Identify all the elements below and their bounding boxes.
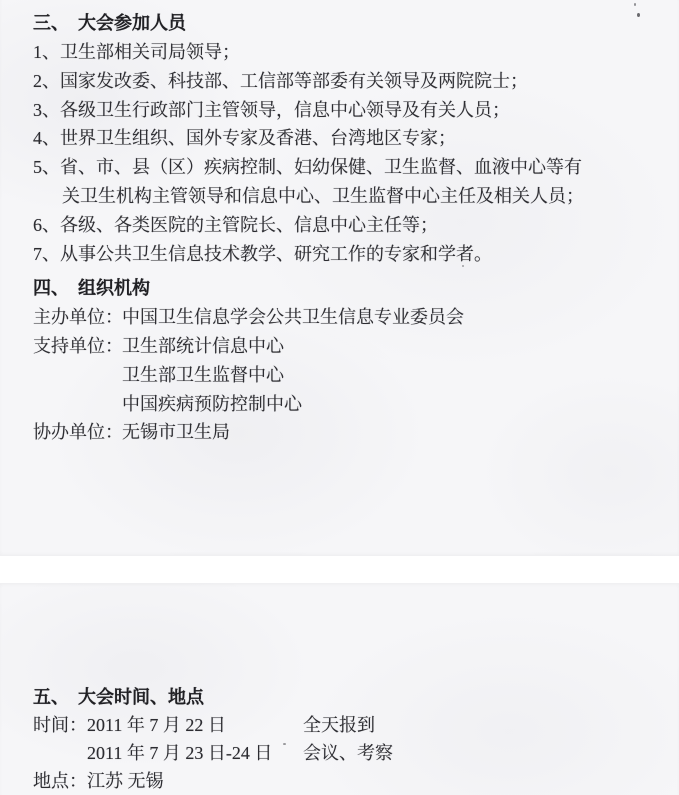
time-row-label: 时间： xyxy=(33,711,87,739)
section-5-number: 五、 xyxy=(33,683,78,711)
scanned-page-2: 五、 大会时间、地点 时间： 2011 年 7 月 22 日 全天报到 2011… xyxy=(0,583,679,795)
list-item: 5、 省、市、县（区）疾病控制、妇幼保健、卫生监督、血液中心等有 xyxy=(33,153,665,182)
org-row-label xyxy=(33,361,122,390)
org-row: 协办单位： 无锡市卫生局 xyxy=(33,418,665,447)
list-item-text: 国家发改委、科技部、工信部等部委有关领导及两院院士； xyxy=(60,67,528,96)
org-row-value: 卫生部卫生监督中心 xyxy=(122,361,284,390)
org-row-label: 协办单位： xyxy=(33,418,122,447)
list-item: 4、 世界卫生组织、国外专家及香港、台湾地区专家； xyxy=(33,124,665,153)
list-item-number: 4、 xyxy=(33,124,60,153)
list-item: 1、 卫生部相关司局领导； xyxy=(33,38,665,67)
section-3-number: 三、 xyxy=(33,8,78,38)
list-item: 7、 从事公共卫生信息技术教学、研究工作的专家和学者。 xyxy=(33,240,665,269)
list-item-number: 2、 xyxy=(33,67,60,96)
place-row-value: 江苏 无锡 xyxy=(87,767,303,795)
org-row-value: 卫生部统计信息中心 xyxy=(122,332,284,361)
list-item-number: 1、 xyxy=(33,38,60,67)
scan-speck xyxy=(634,3,636,6)
scan-speck xyxy=(462,265,464,267)
section-4-heading: 四、 组织机构 xyxy=(33,274,665,303)
list-item-number: 6、 xyxy=(33,211,60,240)
org-row: 中国疾病预防控制中心 xyxy=(33,390,665,419)
place-row-label: 地点： xyxy=(33,767,87,795)
scanned-page-1: 三、 大会参加人员 1、 卫生部相关司局领导； 2、 国家发改委、科技部、工信部… xyxy=(0,0,679,556)
time-row-note: 全天报到 xyxy=(303,711,375,739)
list-item-number: 5、 xyxy=(33,153,60,182)
time-row-label xyxy=(33,739,87,767)
list-item-text: 各级、各类医院的主管院长、信息中心主任等； xyxy=(60,211,438,240)
list-item-text: 关卫生机构主管领导和信息中心、卫生监督中心主任及相关人员； xyxy=(62,182,584,211)
place-row: 地点： 江苏 无锡 xyxy=(33,767,665,795)
section-4-number: 四、 xyxy=(33,274,78,303)
page-1-content: 三、 大会参加人员 1、 卫生部相关司局领导； 2、 国家发改委、科技部、工信部… xyxy=(0,0,679,447)
list-item: 3、 各级卫生行政部门主管领导，信息中心领导及有关人员； xyxy=(33,96,665,125)
list-item-text: 从事公共卫生信息技术教学、研究工作的专家和学者。 xyxy=(60,240,492,269)
org-row-label: 支持单位： xyxy=(33,332,122,361)
time-row-date: 2011 年 7 月 23 日-24 日 xyxy=(87,739,303,767)
page-separator xyxy=(0,556,679,583)
org-row: 主办单位： 中国卫生信息学会公共卫生信息专业委员会 xyxy=(33,303,665,332)
scanned-document: 三、 大会参加人员 1、 卫生部相关司局领导； 2、 国家发改委、科技部、工信部… xyxy=(0,0,679,795)
list-item-text: 各级卫生行政部门主管领导，信息中心领导及有关人员； xyxy=(60,96,510,125)
section-5-heading: 五、 大会时间、地点 xyxy=(33,683,665,711)
scan-speck xyxy=(283,743,286,745)
list-item: 6、 各级、各类医院的主管院长、信息中心主任等； xyxy=(33,211,665,240)
time-row-note: 会议、考察 xyxy=(303,739,393,767)
time-row: 2011 年 7 月 23 日-24 日 会议、考察 xyxy=(33,739,665,767)
list-item-text: 省、市、县（区）疾病控制、妇幼保健、卫生监督、血液中心等有 xyxy=(60,153,582,182)
time-row: 时间： 2011 年 7 月 22 日 全天报到 xyxy=(33,711,665,739)
page-2-content: 五、 大会时间、地点 时间： 2011 年 7 月 22 日 全天报到 2011… xyxy=(0,583,679,795)
time-row-date: 2011 年 7 月 22 日 xyxy=(87,711,303,739)
section-4-title: 组织机构 xyxy=(78,274,150,303)
org-row: 卫生部卫生监督中心 xyxy=(33,361,665,390)
org-row-value: 中国卫生信息学会公共卫生信息专业委员会 xyxy=(122,303,464,332)
org-row-label xyxy=(33,390,122,419)
list-item-continuation: 关卫生机构主管领导和信息中心、卫生监督中心主任及相关人员； xyxy=(33,182,665,211)
section-3-title: 大会参加人员 xyxy=(78,8,186,38)
list-item-number: 7、 xyxy=(33,240,60,269)
list-item-text: 卫生部相关司局领导； xyxy=(60,38,240,67)
org-row: 支持单位： 卫生部统计信息中心 xyxy=(33,332,665,361)
section-5-title: 大会时间、地点 xyxy=(78,683,204,711)
list-item-number: 3、 xyxy=(33,96,60,125)
list-item-text: 世界卫生组织、国外专家及香港、台湾地区专家； xyxy=(60,124,456,153)
list-item: 2、 国家发改委、科技部、工信部等部委有关领导及两院院士； xyxy=(33,67,665,96)
org-row-value: 无锡市卫生局 xyxy=(122,418,230,447)
org-row-value: 中国疾病预防控制中心 xyxy=(122,390,302,419)
scan-speck xyxy=(637,13,640,17)
org-row-label: 主办单位： xyxy=(33,303,122,332)
section-3-heading: 三、 大会参加人员 xyxy=(33,8,665,38)
